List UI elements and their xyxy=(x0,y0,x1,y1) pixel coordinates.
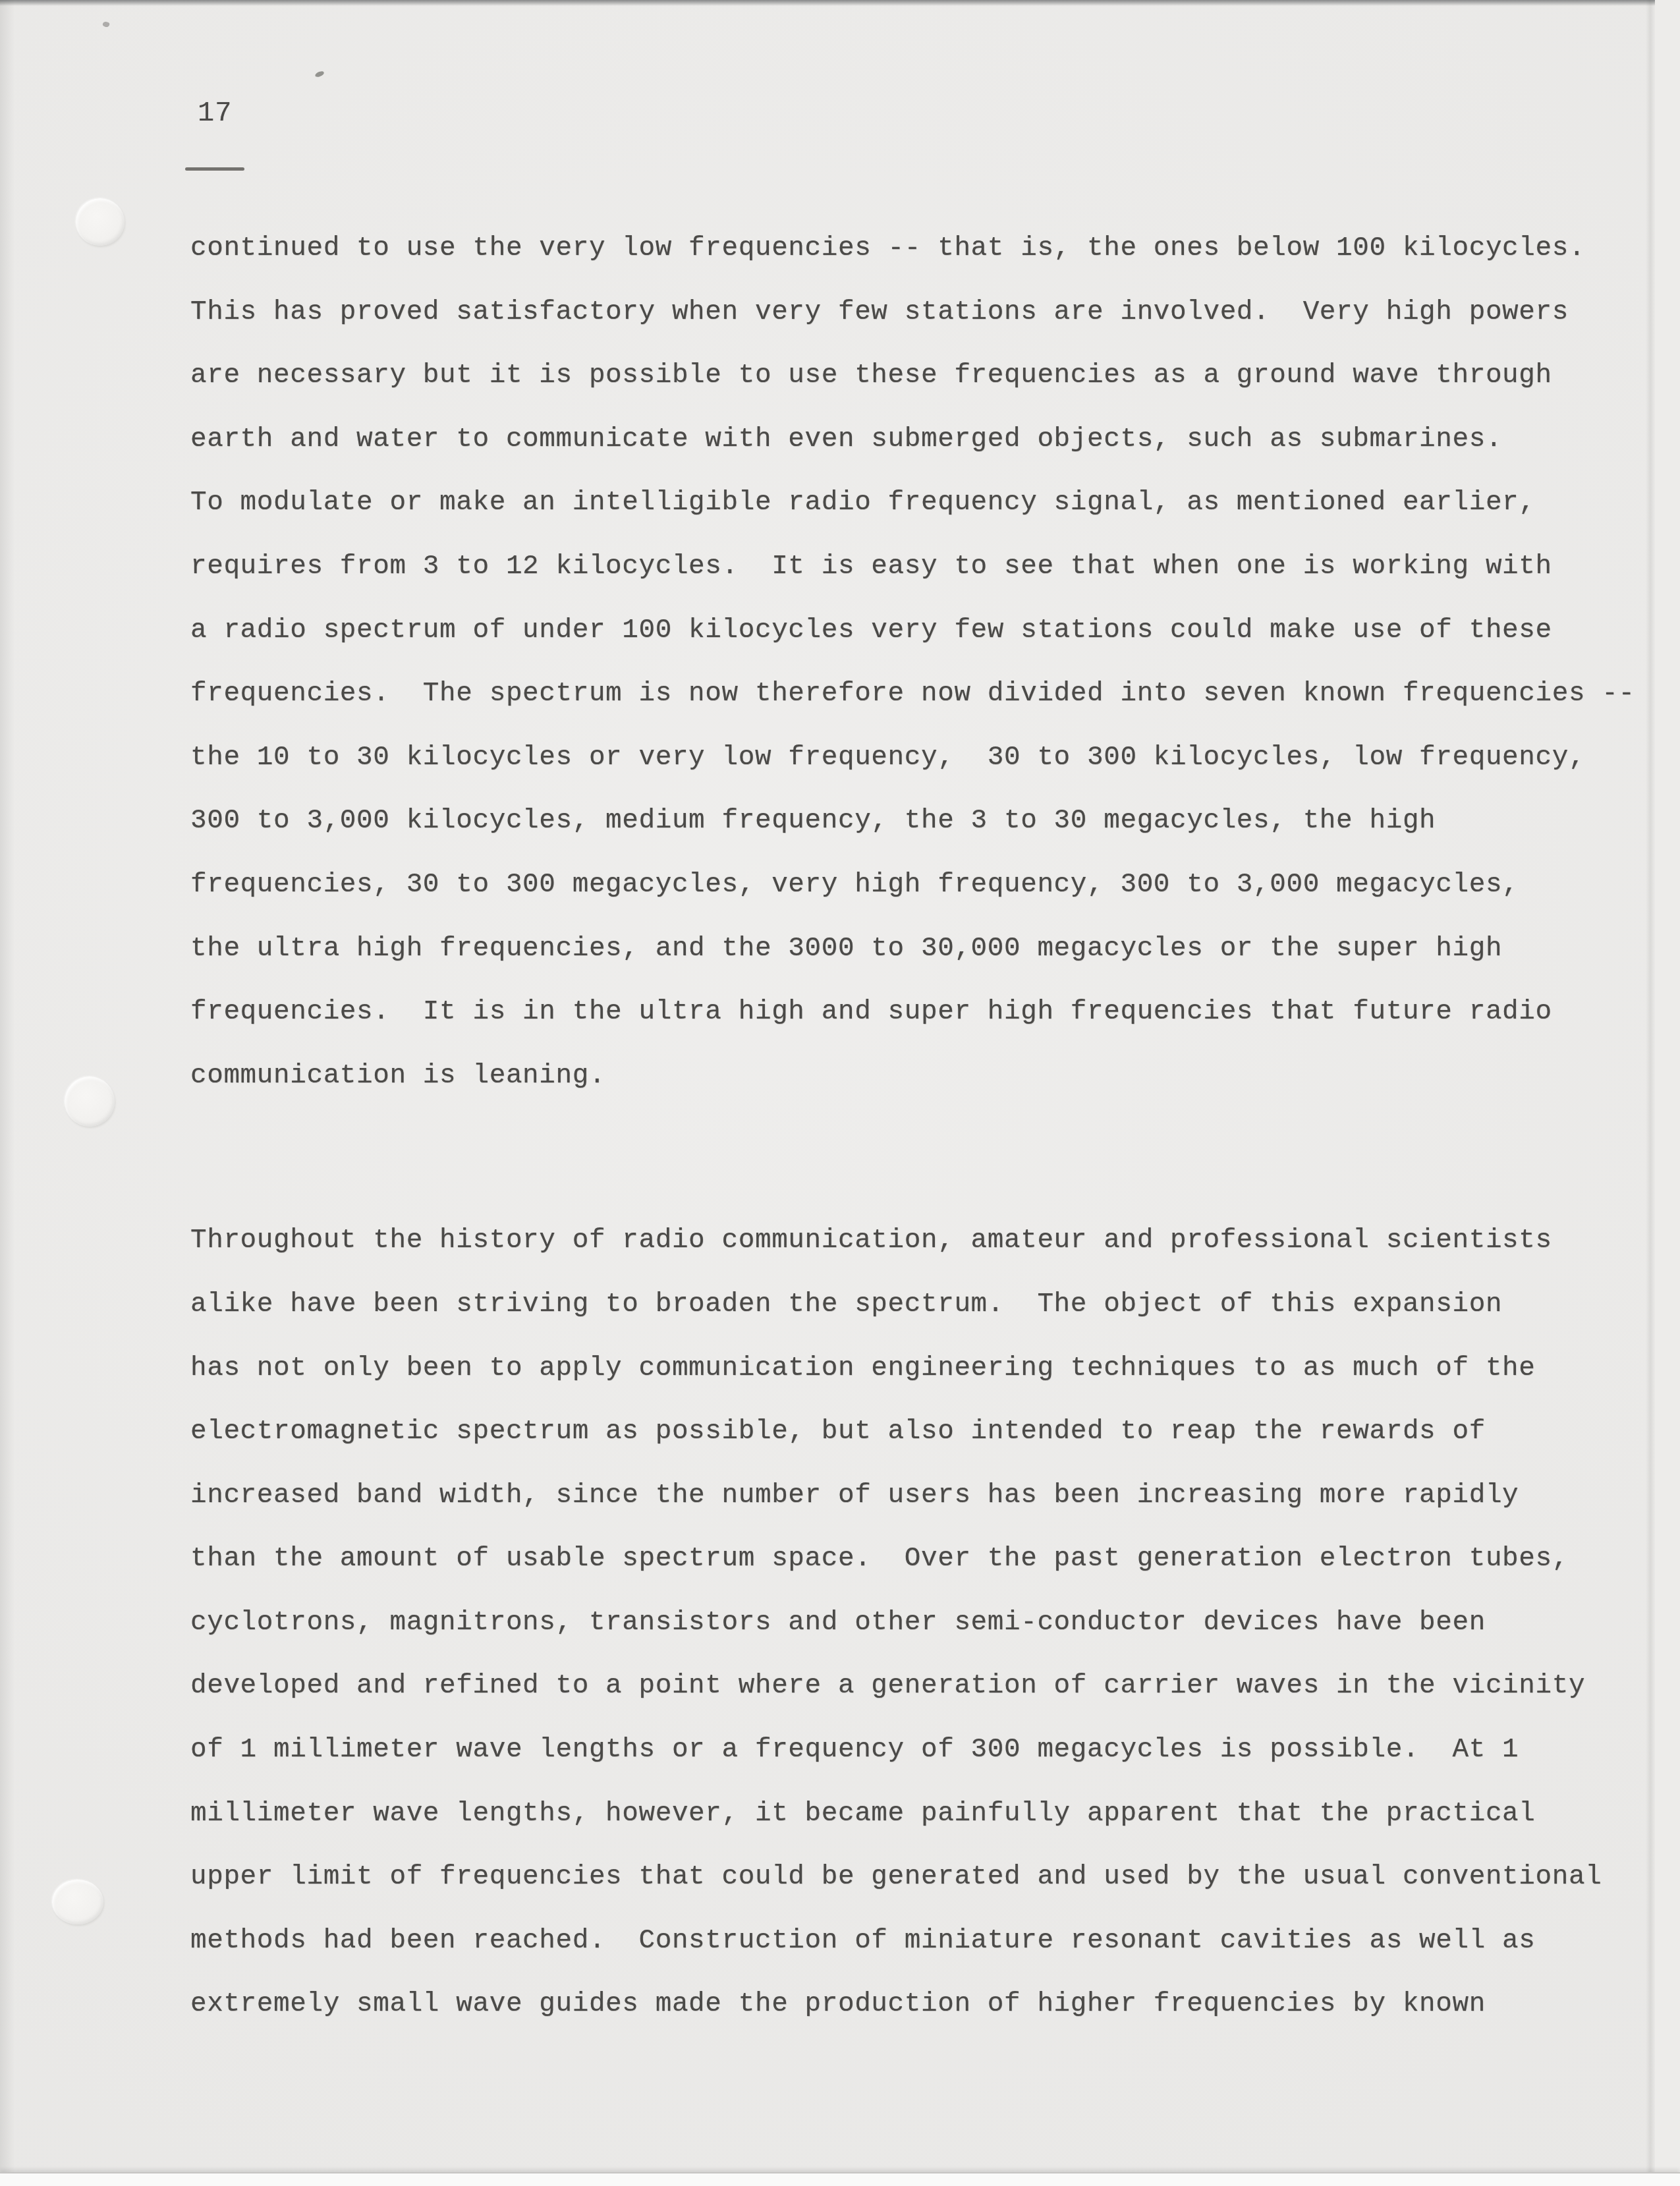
text-line: communication is leaning. xyxy=(190,1044,1633,1108)
text-line: a radio spectrum of under 100 kilocycles… xyxy=(190,599,1633,663)
text-line: cyclotrons, magnitrons, transistors and … xyxy=(190,1591,1633,1655)
text-line: are necessary but it is possible to use … xyxy=(190,344,1633,408)
text-line: frequencies. It is in the ultra high and… xyxy=(190,980,1633,1044)
scan-bottom-edge xyxy=(0,2172,1680,2186)
text-line: alike have been striving to broaden the … xyxy=(190,1273,1633,1337)
text-line: has not only been to apply communication… xyxy=(190,1337,1633,1401)
text-line: the ultra high frequencies, and the 3000… xyxy=(190,917,1633,981)
text-line: requires from 3 to 12 kilocycles. It is … xyxy=(190,535,1633,599)
text-line: This has proved satisfactory when very f… xyxy=(190,281,1633,345)
paragraph: Throughout the history of radio communic… xyxy=(190,1209,1633,2036)
scan-top-edge xyxy=(0,0,1680,6)
text-line: developed and refined to a point where a… xyxy=(190,1654,1633,1718)
text-line: of 1 millimeter wave lengths or a freque… xyxy=(190,1718,1633,1782)
page-number-underline xyxy=(185,167,244,171)
text-line: methods had been reached. Construction o… xyxy=(190,1909,1633,1973)
text-line: earth and water to communicate with even… xyxy=(190,408,1633,472)
scan-right-margin xyxy=(1655,0,1680,2186)
text-line: the 10 to 30 kilocycles or very low freq… xyxy=(190,726,1633,790)
punch-hole-bottom xyxy=(52,1880,103,1924)
page-number: 17 xyxy=(198,98,232,129)
scan-right-edge xyxy=(1646,0,1655,2186)
text-line: continued to use the very low frequencie… xyxy=(190,217,1633,281)
punch-hole-top xyxy=(76,198,125,246)
text-line: millimeter wave lengths, however, it bec… xyxy=(190,1782,1633,1846)
scan-speck xyxy=(314,70,324,78)
punch-hole-middle xyxy=(65,1077,115,1127)
text-block: continued to use the very low frequencie… xyxy=(190,217,1633,2036)
text-line: upper limit of frequencies that could be… xyxy=(190,1845,1633,1909)
text-line: electromagnetic spectrum as possible, bu… xyxy=(190,1400,1633,1464)
text-line: frequencies. The spectrum is now therefo… xyxy=(190,662,1633,726)
text-line: frequencies, 30 to 300 megacycles, very … xyxy=(190,853,1633,917)
text-line: increased band width, since the number o… xyxy=(190,1464,1633,1528)
text-line: than the amount of usable spectrum space… xyxy=(190,1527,1633,1591)
text-line: Throughout the history of radio communic… xyxy=(190,1209,1633,1273)
text-line: 300 to 3,000 kilocycles, medium frequenc… xyxy=(190,789,1633,853)
scan-left-edge xyxy=(0,0,14,2186)
paragraph: continued to use the very low frequencie… xyxy=(190,217,1633,1107)
scan-speck xyxy=(102,20,110,28)
document-page: 17 continued to use the very low frequen… xyxy=(0,0,1680,2186)
text-line: extremely small wave guides made the pro… xyxy=(190,1973,1633,2036)
text-line: To modulate or make an intelligible radi… xyxy=(190,471,1633,535)
